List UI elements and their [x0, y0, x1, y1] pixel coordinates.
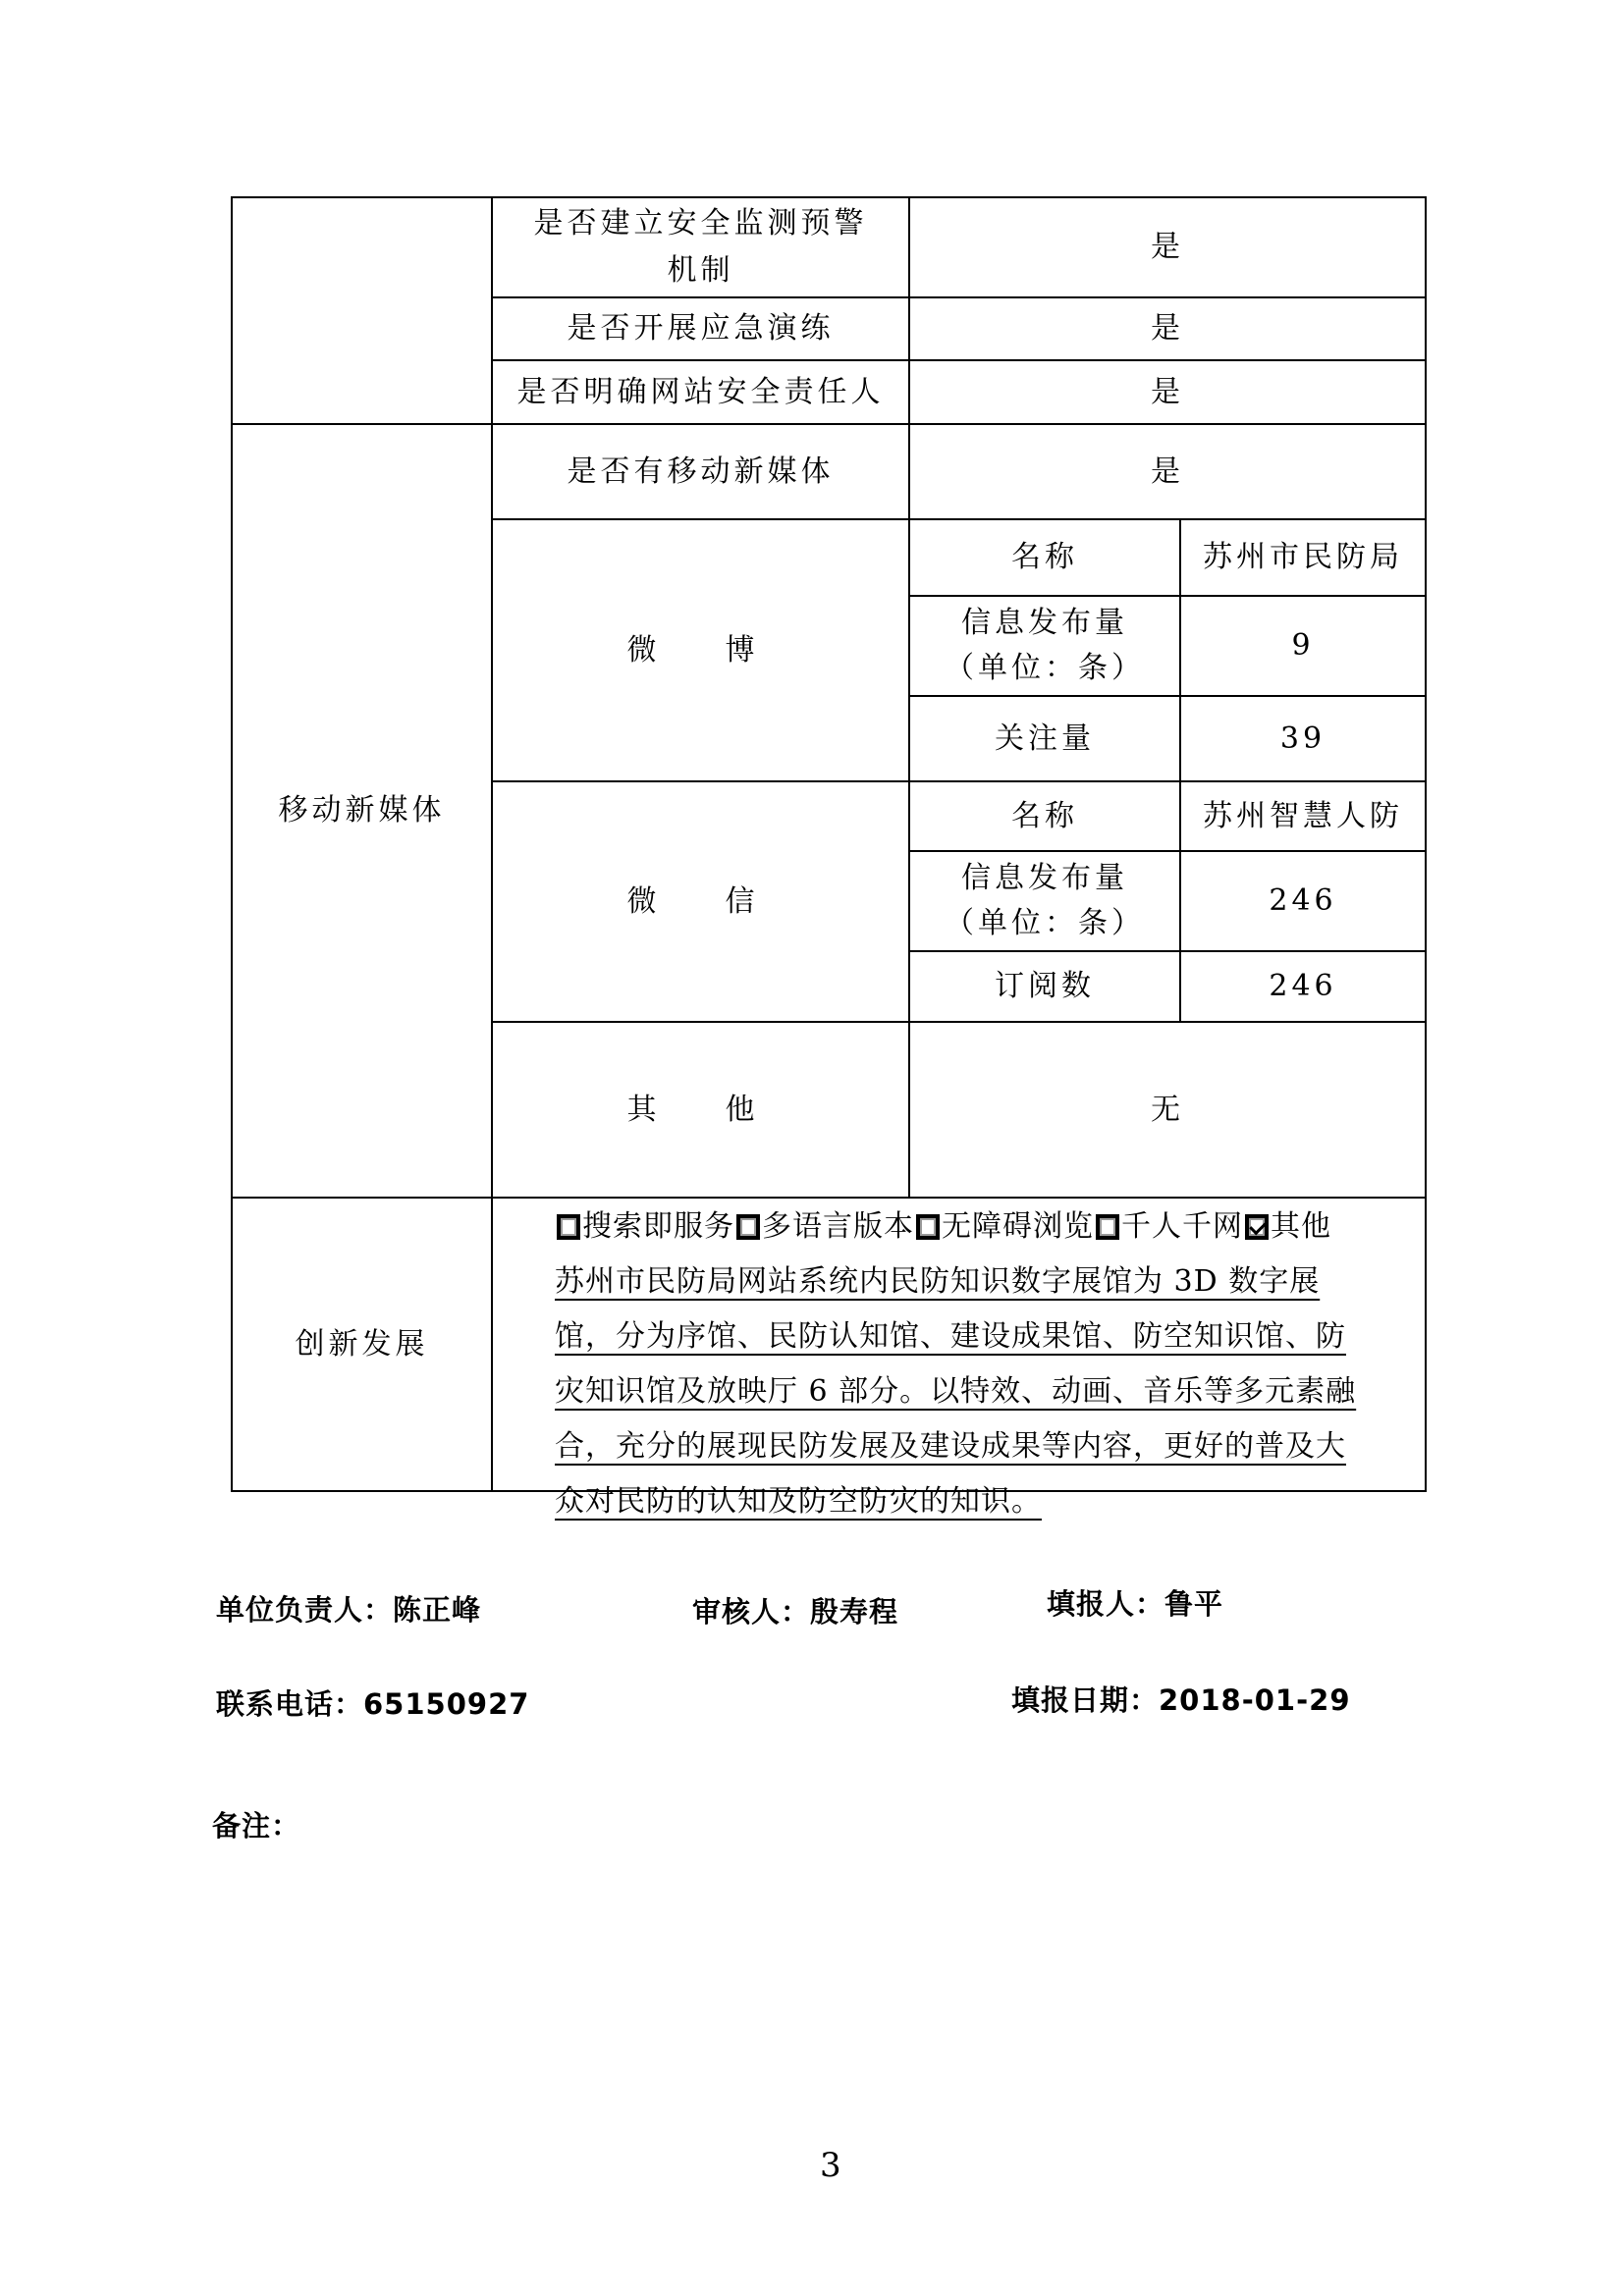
key-line: （单位：条）	[945, 646, 1145, 691]
contact-phone: 联系电话：65150927	[216, 1682, 529, 1723]
weixin-name-value: 苏州智慧人防	[1181, 782, 1425, 850]
answer-emergency-drill: 是	[910, 298, 1425, 359]
reviewer: 审核人：殷寿程	[692, 1590, 898, 1630]
other-media-value: 无	[910, 1023, 1425, 1197]
weixin-posts-value: 246	[1181, 852, 1425, 950]
answer-has-mobile-media: 是	[910, 425, 1425, 518]
weibo-followers-key: 关注量	[910, 697, 1179, 780]
description-line: 灾知识馆及放映厅 6 部分。以特效、动画、音乐等多元素融	[555, 1364, 1419, 1419]
other-media-label: 其 他	[493, 1023, 908, 1197]
filler: 填报人：鲁平	[1047, 1582, 1223, 1623]
remarks-label: 备注：	[212, 1804, 300, 1844]
question-has-mobile-media: 是否有移动新媒体	[493, 425, 908, 518]
page-number: 3	[820, 2146, 841, 2185]
description-line: 合，充分的展现民防发展及建设成果等内容，更好的普及大	[555, 1419, 1419, 1474]
checkbox-multilingual[interactable]	[736, 1214, 760, 1240]
answer-monitoring-mechanism: 是	[910, 198, 1425, 296]
innovation-options: 搜索即服务 多语言版本 无障碍浏览 千人千网 其他	[555, 1200, 1419, 1255]
answer-security-officer: 是	[910, 361, 1425, 423]
option-label: 千人千网	[1121, 1200, 1243, 1255]
question-line: 是否建立安全监测预警	[534, 200, 868, 247]
weixin-label: 微 信	[493, 782, 908, 1021]
description-line: 馆，分为序馆、民防认知馆、建设成果馆、防空知识馆、防	[555, 1309, 1419, 1364]
weibo-name-key: 名称	[910, 520, 1179, 595]
weixin-name-key: 名称	[910, 782, 1179, 850]
checkbox-personalized[interactable]	[1096, 1214, 1119, 1240]
weibo-posts-value: 9	[1181, 597, 1425, 695]
question-emergency-drill: 是否开展应急演练	[493, 298, 908, 359]
option-label: 其他	[1271, 1200, 1331, 1255]
question-security-officer: 是否明确网站安全责任人	[493, 361, 908, 423]
innovation-content: 搜索即服务 多语言版本 无障碍浏览 千人千网 其他 苏州市民防局网站系统内民防知…	[555, 1200, 1419, 1529]
option-label: 多语言版本	[762, 1200, 914, 1255]
weixin-subscribers-key: 订阅数	[910, 952, 1179, 1021]
key-line: （单位：条）	[945, 901, 1145, 946]
weibo-label: 微 博	[493, 520, 908, 780]
description-line: 苏州市民防局网站系统内民防知识数字展馆为 3D 数字展	[555, 1255, 1419, 1309]
fill-date: 填报日期：2018-01-29	[1011, 1679, 1351, 1719]
checkbox-accessibility[interactable]	[916, 1214, 940, 1240]
key-line: 信息发布量	[961, 601, 1128, 646]
question-monitoring-mechanism: 是否建立安全监测预警 机制	[493, 198, 908, 296]
checkbox-other-checked[interactable]	[1245, 1214, 1269, 1240]
weixin-posts-key: 信息发布量 （单位：条）	[910, 852, 1179, 950]
weixin-subscribers-value: 246	[1181, 952, 1425, 1021]
option-label: 搜索即服务	[582, 1200, 734, 1255]
checkbox-search-service[interactable]	[557, 1214, 580, 1240]
weibo-name-value: 苏州市民防局	[1181, 520, 1425, 595]
key-line: 信息发布量	[961, 856, 1128, 901]
question-line: 机制	[668, 247, 734, 294]
description-line: 众对民防的认知及防空防灾的知识。	[555, 1474, 1419, 1529]
section-label-mobile-media: 移动新媒体	[233, 425, 491, 1197]
unit-head: 单位负责人：陈正峰	[216, 1588, 481, 1629]
table-border-right	[1425, 196, 1427, 1492]
section-label-innovation: 创新发展	[233, 1199, 491, 1490]
option-label: 无障碍浏览	[942, 1200, 1094, 1255]
weibo-followers-value: 39	[1181, 697, 1425, 780]
weibo-posts-key: 信息发布量 （单位：条）	[910, 597, 1179, 695]
